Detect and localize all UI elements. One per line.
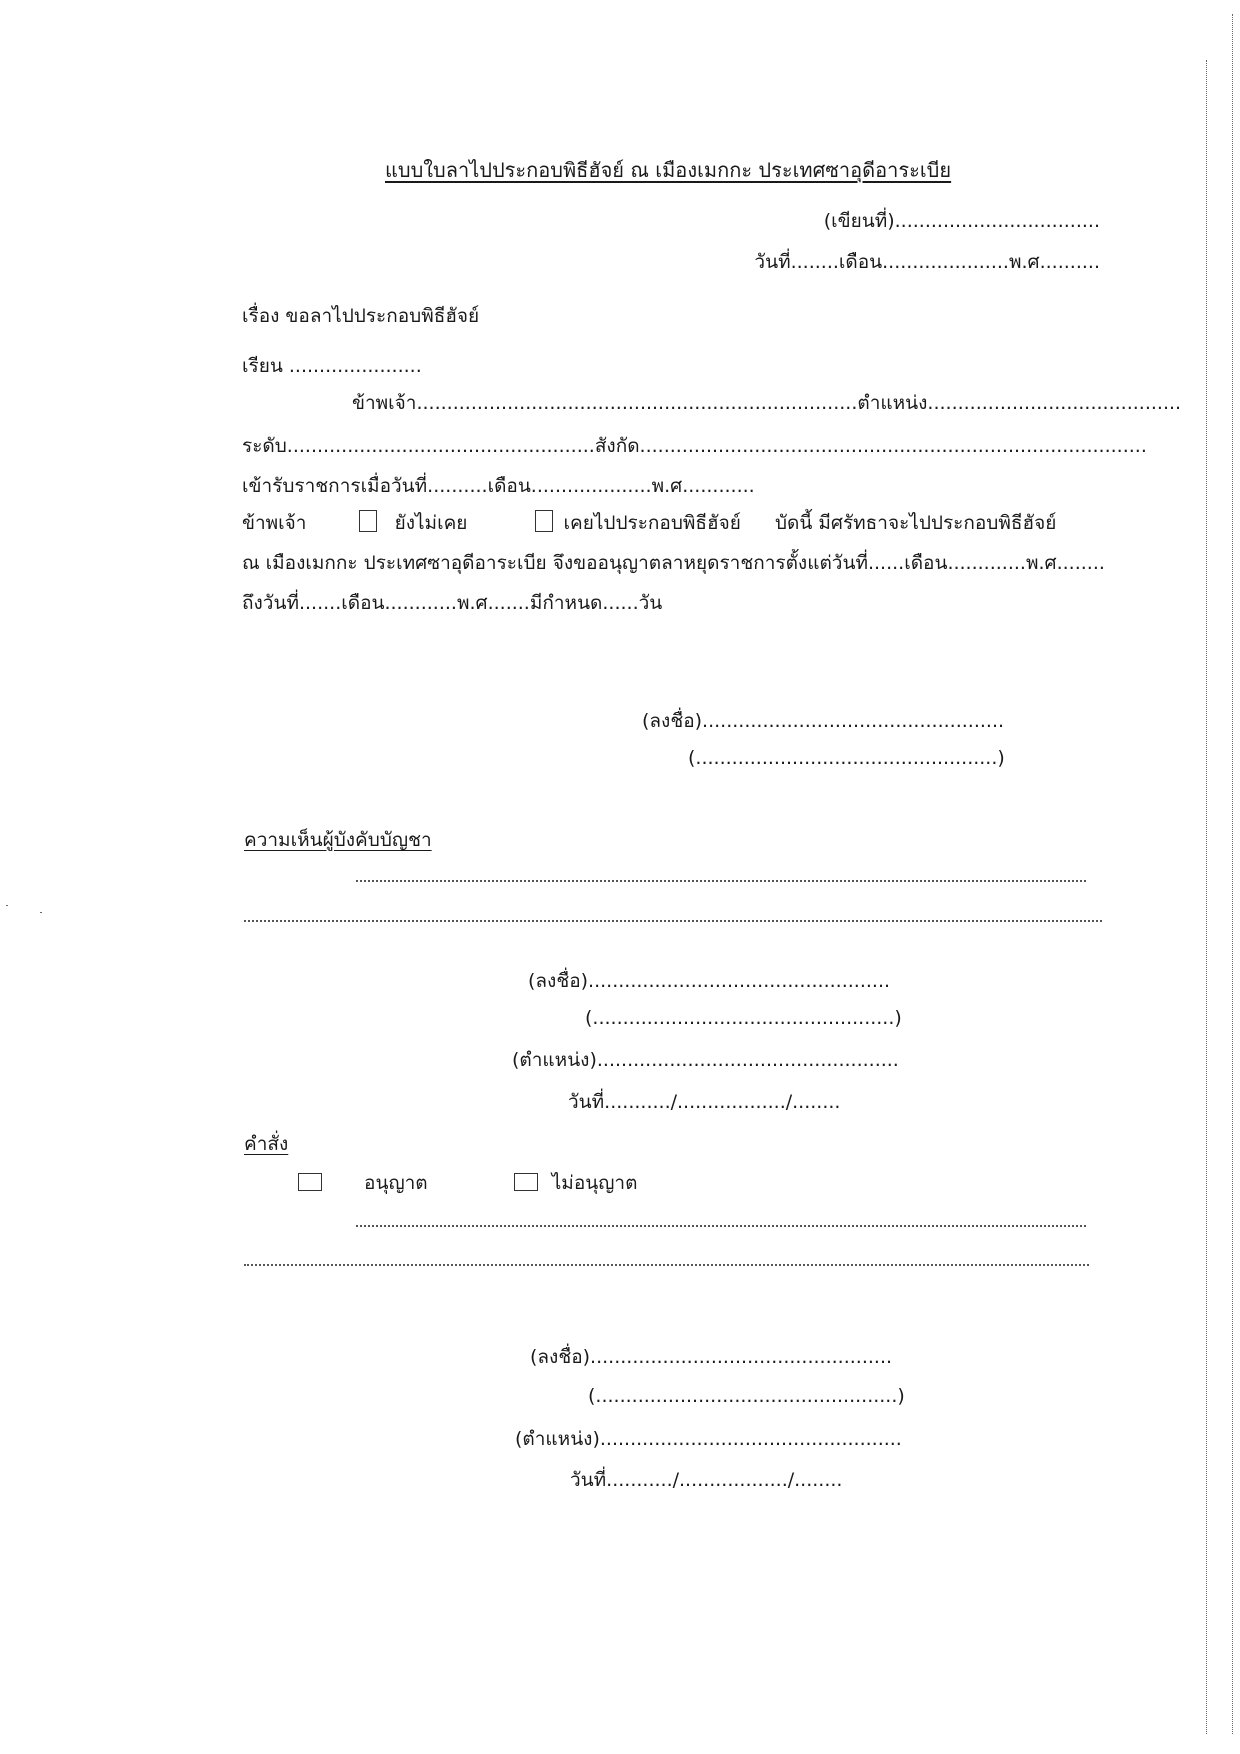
supervisor-opinion-line-2[interactable] (244, 920, 1102, 922)
supervisor-opinion-heading: ความเห็นผู้บังคับบัญชา (244, 827, 432, 853)
service-start-date-field[interactable]: เข้ารับราชการเมื่อวันที่..........เดือน.… (242, 473, 755, 499)
supervisor-position-field[interactable]: (ตำแหน่ง)...............................… (512, 1047, 899, 1073)
applicant-signature-field[interactable]: (ลงชื่อ)................................… (642, 708, 1004, 734)
order-printed-name-field[interactable]: (.......................................… (588, 1383, 905, 1409)
label-never: ยังไม่เคย (395, 512, 468, 534)
supervisor-date-field[interactable]: วันที่.........../................../...… (568, 1089, 840, 1115)
recipient-field[interactable]: เรียน ...................... (242, 353, 422, 379)
leave-start-field[interactable]: ณ เมืองเมกกะ ประเทศซาอุดีอาระเบีย จึงขออ… (242, 550, 1105, 576)
written-at-field[interactable]: (เขียนที่)..............................… (824, 208, 1100, 234)
applicant-printed-name-field[interactable]: (.......................................… (688, 745, 1005, 771)
order-note-line-1[interactable] (356, 1225, 1086, 1227)
intention-text: บัดนี้ มีศรัทธาจะไปประกอบพิธีฮัจย์ (775, 512, 1056, 534)
scan-edge-line-outer (1232, 14, 1233, 1734)
order-position-field[interactable]: (ตำแหน่ง)...............................… (515, 1426, 902, 1452)
supervisor-opinion-line-1[interactable] (356, 880, 1086, 882)
subject-line: เรื่อง ขอลาไปประกอบพิธีฮัจย์ (242, 303, 479, 329)
scan-edge-line-inner (1206, 60, 1207, 1734)
form-title: แบบใบลาไปประกอบพิธีฮัจย์ ณ เมืองเมกกะ ปร… (385, 157, 951, 183)
label-deny: ไม่อนุญาต (552, 1172, 638, 1194)
checkbox-approve[interactable] (298, 1173, 322, 1191)
scan-speck (40, 912, 42, 913)
level-affiliation-field[interactable]: ระดับ...................................… (242, 433, 1147, 459)
order-signature-field[interactable]: (ลงชื่อ)................................… (530, 1344, 892, 1370)
order-heading: คำสั่ง (244, 1131, 288, 1157)
supervisor-signature-field[interactable]: (ลงชื่อ)................................… (528, 968, 890, 994)
checkbox-deny[interactable] (514, 1173, 538, 1191)
order-options-row: อนุญาต ไม่อนุญาต (298, 1170, 637, 1196)
date-field[interactable]: วันที่........เดือน.....................… (754, 249, 1100, 275)
label-approve: อนุญาต (364, 1172, 428, 1194)
experience-prefix: ข้าพเจ้า (242, 512, 306, 534)
order-note-line-2[interactable] (244, 1264, 1089, 1266)
order-date-field[interactable]: วันที่.........../................../...… (570, 1467, 842, 1493)
applicant-name-position-field[interactable]: ข้าพเจ้า................................… (352, 390, 1181, 416)
scan-speck (6, 905, 8, 906)
checkbox-been-before[interactable] (535, 510, 553, 532)
leave-end-field[interactable]: ถึงวันที่.......เดือน............พ.ศ....… (242, 590, 662, 616)
checkbox-never[interactable] (359, 510, 377, 532)
label-been-before: เคยไปประกอบพิธีฮัจย์ (564, 512, 741, 534)
supervisor-printed-name-field[interactable]: (.......................................… (585, 1005, 902, 1031)
experience-row: ข้าพเจ้า ยังไม่เคย เคยไปประกอบพิธีฮัจย์ … (242, 510, 1056, 536)
